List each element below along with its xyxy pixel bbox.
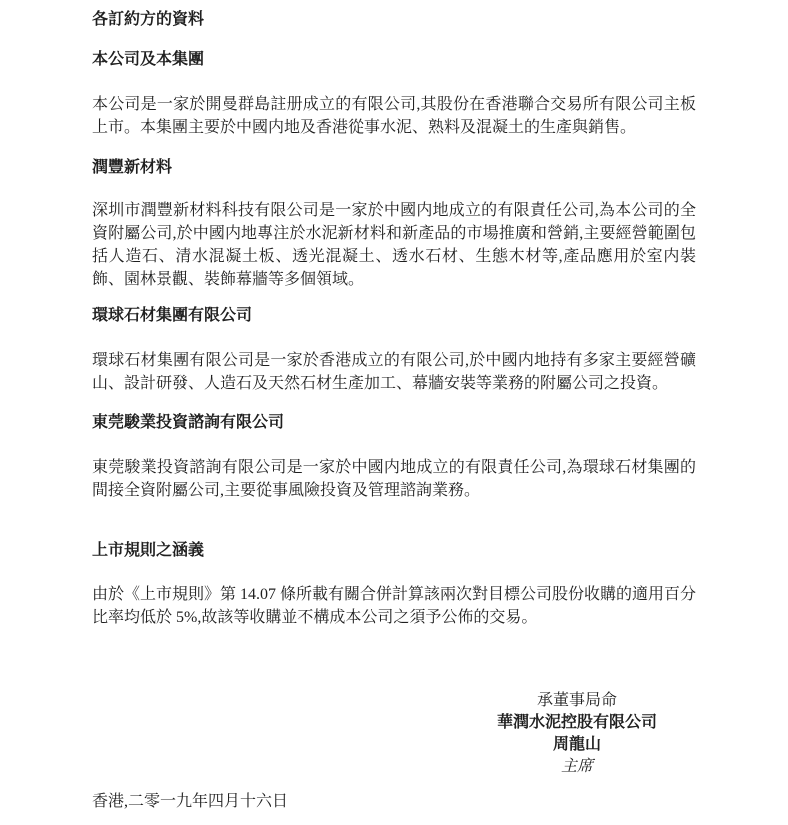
signature-company-name: 華潤水泥控股有限公司 — [427, 712, 727, 734]
section-heading-listing-rules-implications: 上市規則之涵義 — [92, 539, 696, 562]
section-body-dongguan-junye: 東莞駿業投資諮詢有限公司是一家於中國内地成立的有限責任公司,為環球石材集團的間接… — [92, 456, 696, 502]
announcement-page: 各訂約方的資料 本公司及本集團 本公司是一家於開曼群島註册成立的有限公司,其股份… — [0, 0, 788, 825]
section-heading-universal-marble: 環球石材集團有限公司 — [92, 304, 696, 327]
signature-signatory-name: 周龍山 — [427, 734, 727, 756]
section-body-universal-marble: 環球石材集團有限公司是一家於香港成立的有限公司,於中國内地持有多家主要經營礦山、… — [92, 349, 696, 395]
section-heading-runfeng-new-materials: 潤豐新材料 — [92, 156, 696, 179]
signature-by-order-of-board: 承董事局命 — [427, 690, 727, 712]
dateline: 香港,二零一九年四月十六日 — [92, 790, 288, 813]
section-body-runfeng-new-materials: 深圳市潤豐新材料科技有限公司是一家於中國内地成立的有限責任公司,為本公司的全資附… — [92, 199, 696, 291]
section-body-company-and-group: 本公司是一家於開曼群島註册成立的有限公司,其股份在香港聯合交易所有限公司主板上市… — [92, 93, 696, 139]
signature-block: 承董事局命 華潤水泥控股有限公司 周龍山 主席 — [427, 690, 727, 778]
section-heading-dongguan-junye: 東莞駿業投資諮詢有限公司 — [92, 411, 696, 434]
signature-signatory-title: 主席 — [427, 756, 727, 778]
section-heading-company-and-group: 本公司及本集團 — [92, 48, 696, 71]
page-title: 各訂約方的資料 — [92, 8, 696, 31]
section-body-listing-rules-implications: 由於《上市規則》第 14.07 條所載有關合併計算該兩次對目標公司股份收購的適用… — [92, 583, 696, 629]
